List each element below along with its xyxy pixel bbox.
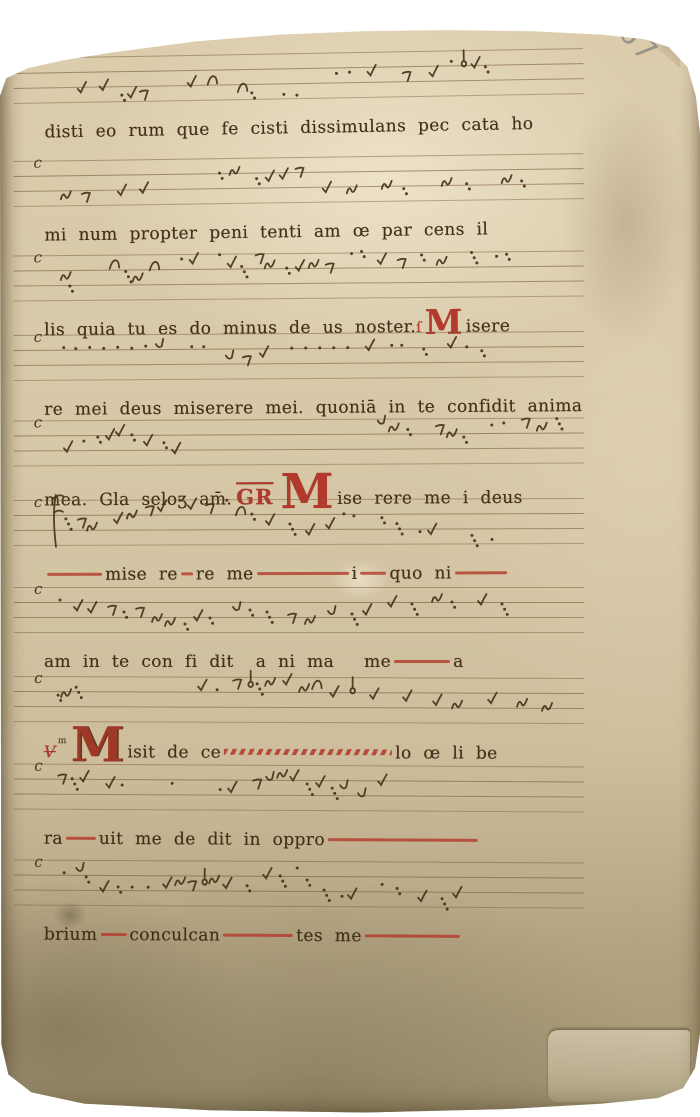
neume-q [188, 881, 196, 890]
neume-b [350, 677, 355, 693]
neume-v [88, 602, 97, 613]
neume-d3 [470, 251, 478, 264]
neume-p [178, 499, 181, 502]
neume-v [260, 346, 269, 357]
neume-v [330, 686, 339, 697]
neume-v [316, 776, 325, 787]
neume-v [453, 887, 462, 898]
neume-q [146, 506, 154, 515]
neume-d2 [505, 253, 511, 261]
neume-p [219, 788, 222, 791]
neume-v [223, 878, 232, 889]
neume-d2 [285, 267, 291, 275]
neume-w [165, 618, 175, 626]
neume-d2 [520, 179, 526, 187]
neume-w [127, 511, 137, 519]
neume-q [82, 193, 90, 202]
neume-p [348, 71, 351, 74]
neume-v [290, 770, 299, 781]
neume-v [106, 777, 115, 788]
neume-v [363, 604, 372, 615]
neume-d3 [411, 603, 419, 616]
neume-v [378, 253, 387, 264]
neume-v [378, 774, 387, 785]
neume-v [448, 337, 457, 348]
neume-p [202, 345, 205, 348]
neume-p [218, 253, 221, 256]
parchment-leaf: 67 cdisti eo rum que fe cisti dissimulan… [0, 0, 700, 1117]
neume-p [225, 499, 228, 502]
neume-q [206, 504, 214, 513]
neume-notation [13, 237, 592, 320]
neume-d2 [422, 348, 428, 356]
music-system-10: cbriumconculcantes me [14, 858, 593, 961]
neume-p [290, 347, 293, 350]
neume-p [332, 346, 335, 349]
neume-cl [110, 260, 120, 268]
neume-p [335, 72, 338, 75]
neume-w [265, 260, 275, 268]
neume-w [347, 185, 357, 193]
neume-q [58, 774, 66, 783]
neume-p [318, 346, 321, 349]
neume-pe [328, 606, 336, 614]
neume-v [478, 594, 487, 605]
neume-d3 [71, 777, 79, 790]
neume-pe [233, 602, 241, 610]
neume-w [437, 257, 447, 265]
neume-q [108, 606, 116, 615]
neume-w [133, 273, 143, 281]
neume-v [158, 500, 167, 511]
neume-d2 [462, 436, 468, 444]
lyric-extension-rule [328, 838, 478, 842]
neume-pe [226, 350, 234, 358]
neume-d2 [85, 875, 91, 883]
neume-cl [236, 507, 246, 515]
neume-p [216, 688, 219, 691]
neume-q [295, 168, 303, 177]
lyric-text: brium [44, 925, 98, 945]
neume-w [517, 699, 527, 707]
lyric-extension-rule [394, 660, 450, 663]
neume-d2 [306, 879, 312, 887]
neume-v [194, 610, 203, 621]
neume-v [228, 782, 237, 793]
neume-v [190, 253, 199, 264]
neume-p [400, 344, 403, 347]
neume-p [381, 883, 384, 886]
neume-b [248, 671, 253, 687]
neume-q [243, 356, 251, 365]
neume-d3 [240, 265, 248, 278]
neume-p [131, 886, 134, 889]
neume-w [152, 614, 162, 622]
neume-w [309, 260, 319, 268]
lyric-line: briumconculcantes me [44, 925, 592, 948]
neume-q [398, 259, 406, 268]
neume-notation [14, 574, 592, 652]
neume-q [78, 518, 86, 527]
parchment-repair-patch [548, 1030, 690, 1102]
neume-v [114, 513, 123, 524]
lyric-extension-rule [365, 934, 460, 937]
neume-d2 [255, 177, 261, 185]
neume-cl [208, 76, 218, 84]
neume-p [450, 60, 453, 63]
neume-p [295, 94, 298, 97]
neume-v [488, 693, 497, 704]
neume-v [263, 868, 272, 879]
neume-p [180, 258, 183, 261]
neume-d2 [117, 886, 123, 894]
neume-w [299, 684, 309, 692]
neume-v [266, 170, 275, 181]
neume-d3 [75, 686, 83, 699]
neume-F [53, 495, 64, 547]
neume-v [118, 184, 127, 195]
neume-v [78, 82, 87, 93]
neume-v [433, 694, 442, 705]
neume-d2 [484, 65, 490, 73]
neume-v [128, 87, 137, 98]
neume-v [348, 888, 357, 899]
neume-cl [238, 84, 248, 92]
neume-d2 [396, 887, 402, 895]
neume-p [465, 345, 468, 348]
neume-q [136, 608, 144, 617]
neume-p [121, 784, 124, 787]
neume-d2 [246, 884, 252, 892]
neume-d3 [501, 603, 509, 616]
neume-w [542, 703, 552, 711]
neume-d2 [465, 182, 471, 190]
neume-v [296, 260, 305, 271]
neume-v [279, 168, 288, 179]
neume-d2 [420, 253, 426, 261]
neume-d3 [470, 534, 478, 547]
neume-p [350, 252, 353, 255]
lyric-text: conculcan [129, 925, 220, 945]
neume-w [277, 770, 287, 778]
neume-d2 [402, 187, 408, 195]
neume-p [346, 346, 349, 349]
neume-p [282, 93, 285, 96]
neume-p [63, 871, 66, 874]
neume-p [502, 421, 505, 424]
neume-pe [358, 788, 366, 796]
neume-d3 [323, 889, 331, 902]
neume-p [190, 345, 193, 348]
neume-w [537, 423, 547, 431]
neume-d3 [64, 517, 72, 530]
neume-v [188, 76, 197, 87]
neume-d2 [162, 441, 168, 449]
neume-d2 [209, 617, 215, 625]
neume-p [341, 895, 344, 898]
neume-w [229, 167, 239, 175]
neume-d2 [68, 284, 74, 292]
manuscript-photo: 67 cdisti eo rum que fe cisti dissimulan… [0, 0, 700, 1117]
neume-v [306, 524, 315, 535]
neume-v [388, 596, 397, 607]
neume-q [522, 418, 530, 427]
neume-d3 [395, 522, 403, 535]
neume-p [88, 346, 91, 349]
neume-d2 [130, 433, 136, 441]
neume-notation [14, 485, 592, 565]
neume-notation [13, 140, 592, 226]
neume-p [495, 255, 498, 258]
neume-b [461, 50, 466, 66]
neume-q [288, 614, 296, 623]
neume-d2 [480, 349, 486, 357]
neume-v [326, 518, 335, 529]
neume-v [74, 600, 83, 611]
neume-w [382, 181, 392, 189]
neume-notation [14, 750, 592, 831]
lyric-extension-rule [66, 837, 96, 840]
neume-d2 [380, 516, 386, 524]
neume-d2 [120, 94, 126, 102]
lyric-extension-rule [223, 934, 293, 937]
neume-notation [14, 318, 593, 400]
neume-q [436, 425, 444, 434]
guide-letter: m [58, 736, 67, 746]
neume-d2 [250, 513, 256, 521]
neume-v [80, 771, 89, 782]
neume-cl [150, 262, 160, 270]
neume-pe [156, 339, 164, 347]
neume-d3 [124, 270, 132, 283]
neume-w [452, 701, 462, 709]
neume-d2 [249, 609, 255, 617]
neume-v [140, 182, 149, 193]
neume-p [62, 346, 65, 349]
neume-v [418, 891, 427, 902]
neume-v [106, 429, 115, 440]
neume-w [502, 175, 512, 183]
neume-v [100, 79, 109, 90]
neume-p [490, 538, 493, 541]
neume-p [102, 347, 105, 350]
neume-v [100, 881, 109, 892]
neume-w [442, 178, 452, 186]
neume-pe [76, 863, 84, 871]
neume-d2 [123, 611, 129, 619]
neume-w [61, 191, 71, 199]
neume-p [171, 782, 174, 785]
neume-v [323, 182, 332, 193]
neume-v [367, 65, 376, 76]
neume-w [447, 429, 457, 437]
neume-v [198, 680, 207, 691]
neume-d3 [351, 613, 359, 626]
neume-w [175, 877, 185, 885]
neume-p [352, 514, 355, 517]
neume-d2 [218, 172, 224, 180]
neume-v [370, 688, 379, 699]
neume-q [253, 779, 261, 788]
neume-p [116, 346, 119, 349]
neume-w [61, 272, 71, 280]
neume-v [188, 498, 197, 509]
neume-d3 [256, 682, 264, 695]
neume-v [471, 57, 480, 68]
neume-v [64, 441, 73, 452]
neume-pe [340, 780, 348, 788]
neume-d2 [250, 91, 256, 99]
neume-w [209, 876, 219, 884]
neume-p [59, 599, 62, 602]
neume-d3 [331, 787, 339, 800]
neume-w [61, 689, 71, 697]
neume-cl [312, 681, 322, 689]
neume-v [144, 435, 153, 446]
neume-notation [13, 35, 592, 123]
neume-d3 [288, 523, 296, 536]
lyric-extension-rule [100, 933, 126, 936]
folio-number: 67 [611, 15, 677, 83]
neume-v [266, 514, 275, 525]
neume-d3 [266, 611, 274, 624]
neume-d3 [440, 897, 448, 910]
neume-p [296, 866, 299, 869]
neume-d2 [451, 601, 457, 609]
neume-p [490, 424, 493, 427]
neume-q [140, 90, 148, 99]
neume-v [172, 443, 181, 454]
neume-pe [378, 416, 386, 424]
neume-p [147, 886, 150, 889]
neume-d2 [406, 428, 412, 436]
neume-v [403, 690, 412, 701]
neume-p [304, 346, 307, 349]
neume-notation [14, 846, 592, 927]
neume-q [402, 72, 410, 81]
neume-pe [266, 772, 274, 780]
neume-v [366, 340, 375, 351]
neume-p [74, 347, 77, 350]
neume-d3 [555, 417, 563, 430]
neume-w [389, 423, 399, 431]
neume-w [265, 678, 275, 686]
neume-q [256, 254, 264, 263]
neume-v [429, 66, 438, 77]
neume-v [283, 674, 292, 685]
neume-d2 [184, 623, 190, 631]
lyric-text: tes me [296, 926, 362, 946]
neume-p [144, 345, 147, 348]
neume-p [418, 530, 421, 533]
neume-v [116, 425, 125, 436]
neume-v [428, 524, 437, 535]
neume-q [326, 263, 334, 272]
neume-d3 [279, 874, 287, 887]
neume-p [390, 344, 393, 347]
neume-p [342, 512, 345, 515]
neume-v [163, 877, 172, 888]
neume-w [305, 616, 315, 624]
neume-d3 [306, 783, 314, 796]
neume-d2 [360, 250, 366, 258]
neume-p [82, 440, 85, 443]
neume-d2 [96, 436, 102, 444]
neume-q [233, 679, 241, 688]
neume-v [228, 257, 237, 268]
neume-w [432, 594, 442, 602]
neume-w [87, 523, 97, 531]
neume-b [202, 868, 207, 884]
neume-p [130, 347, 133, 350]
